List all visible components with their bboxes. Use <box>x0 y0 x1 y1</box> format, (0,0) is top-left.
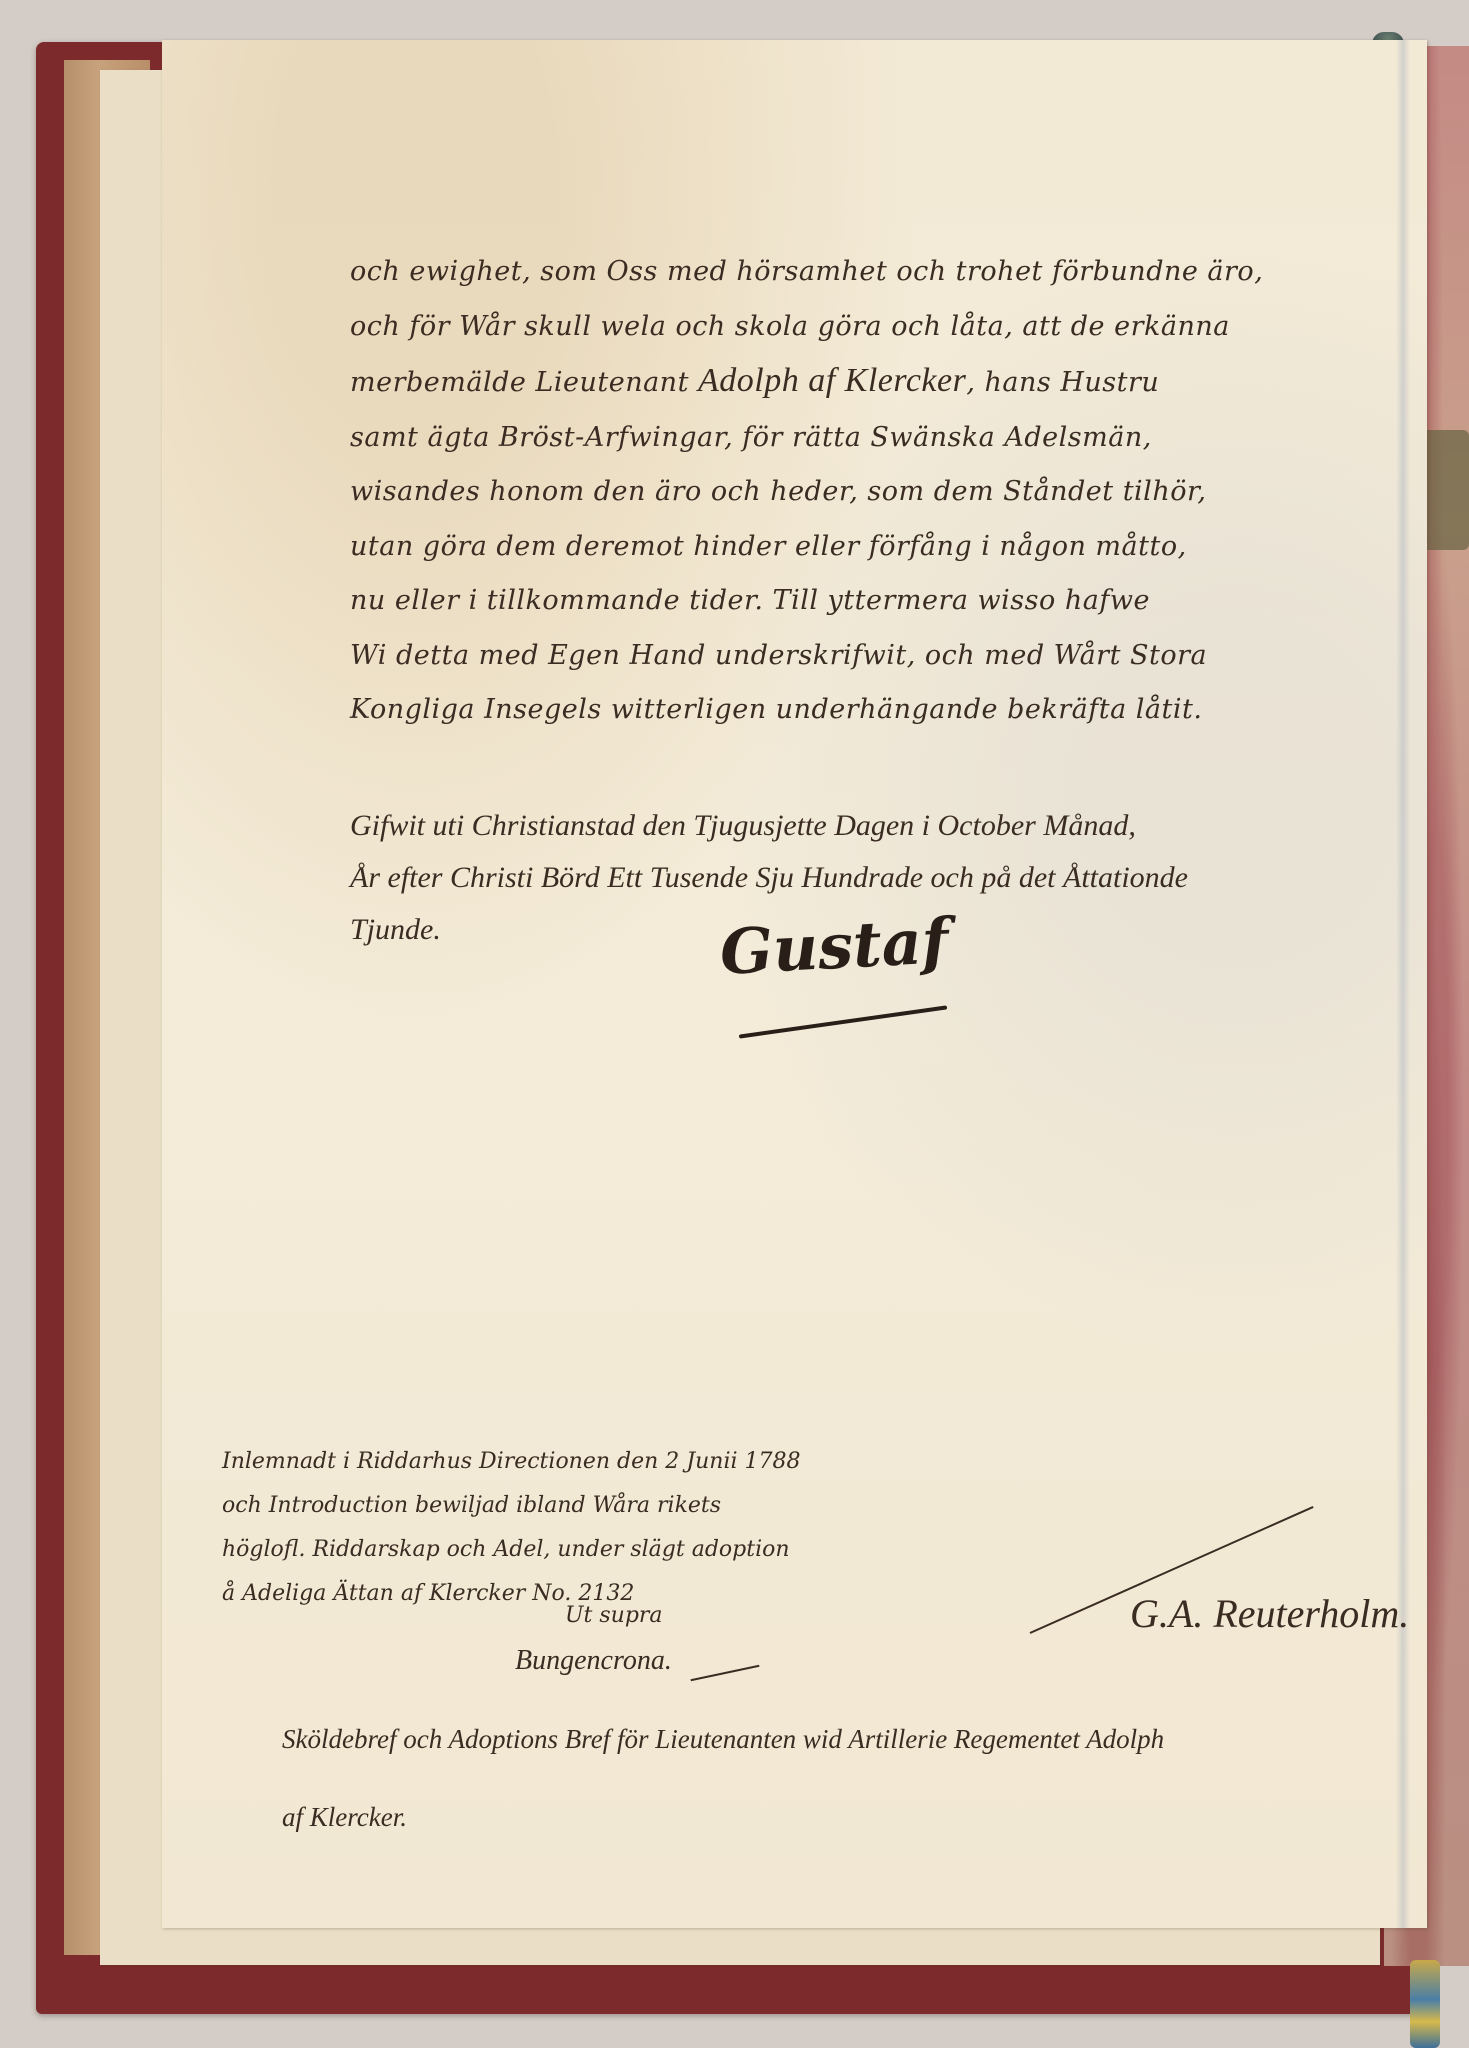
endorsement-line: Sköldebref och Adoptions Bref för Lieute… <box>282 1700 1262 1778</box>
registry-line: Inlemnadt i Riddarhus Directionen den 2 … <box>222 1440 842 1484</box>
royal-signature: Gustaf <box>718 904 950 989</box>
body-line: utan göra dem deremot hinder eller förfå… <box>350 520 1270 575</box>
document-endorsement: Sköldebref och Adoptions Bref för Lieute… <box>282 1700 1262 1856</box>
body-line-pre: merbemälde Lieutenant <box>350 367 698 398</box>
registrar-signature: Bungencrona. <box>515 1645 672 1677</box>
registry-note: Inlemnadt i Riddarhus Directionen den 2 … <box>222 1440 842 1616</box>
body-line-post: , hans Hustru <box>966 367 1159 398</box>
scanned-document-scene: och ewighet, som Oss med hörsamhet och t… <box>0 0 1469 2048</box>
body-line: samt ägta Bröst-Arfwingar, för rätta Swä… <box>350 411 1270 466</box>
body-line: och ewighet, som Oss med hörsamhet och t… <box>350 245 1270 300</box>
body-line-with-name: merbemälde Lieutenant Adolph af Klercker… <box>350 354 1270 411</box>
silk-ribbon <box>1410 1960 1440 2048</box>
ut-supra-note: Ut supra <box>565 1603 663 1628</box>
endpaper-stain <box>1422 430 1469 550</box>
recipient-name: Adolph af Klercker <box>698 362 966 399</box>
secretary-signature: G.A. Reuterholm. <box>1130 1590 1409 1637</box>
body-line: och för Wår skull wela och skola göra oc… <box>350 300 1270 355</box>
registry-line: höglofl. Riddarskap och Adel, under släg… <box>222 1528 842 1572</box>
endorsement-line: af Klercker. <box>282 1778 1262 1856</box>
dating-line: År efter Christi Börd Ett Tusende Sju Hu… <box>350 852 1290 904</box>
letter-body: och ewighet, som Oss med hörsamhet och t… <box>350 245 1270 738</box>
body-line: Wi detta med Egen Hand underskrifwit, oc… <box>350 629 1270 684</box>
registry-line: och Introduction bewiljad ibland Wåra ri… <box>222 1484 842 1528</box>
paper-fold <box>1396 40 1410 1928</box>
registry-line: å Adeliga Ättan af Klercker No. 2132 <box>222 1572 842 1616</box>
dating-line: Gifwit uti Christianstad den Tjugusjette… <box>350 800 1290 852</box>
body-line: nu eller i tillkommande tider. Till ytte… <box>350 574 1270 629</box>
body-line: wisandes honom den äro och heder, som de… <box>350 465 1270 520</box>
body-line: Kongliga Insegels witterligen underhänga… <box>350 683 1270 738</box>
